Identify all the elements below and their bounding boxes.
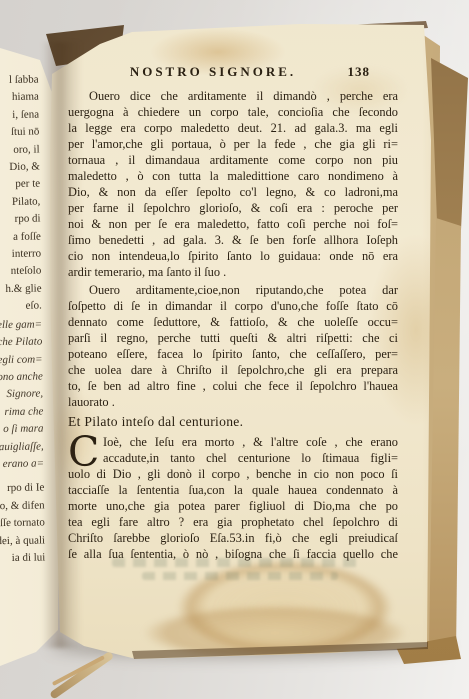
show-through-text <box>142 572 338 580</box>
verso-fragment-line: ſſe tornato <box>0 515 45 533</box>
body-line: to, ſe ben ad altro fine , colui che fec… <box>68 378 398 394</box>
verso-fragment-line: Signore, <box>0 386 43 404</box>
body-line: ſoſpetto di ſe in dimandar il corpo d'un… <box>68 298 398 314</box>
body-line: dennato come ſeduttore, & fattioſo, & ch… <box>68 314 398 330</box>
verso-fragment-line: a foſſe <box>0 228 41 246</box>
body-line: lauorato . <box>68 394 398 410</box>
verso-fragment-line: interro <box>0 246 41 264</box>
verso-fragment-line: rpo di <box>0 211 41 229</box>
verso-fragment-line: Pilato, <box>0 193 40 211</box>
body-line: maledetto , ò con tutta la maledittione … <box>68 168 398 184</box>
body-line: ſimo benedetti , ad gala. 3. & ſe ben fo… <box>68 232 398 248</box>
verso-fragment-line: auigliaſſe, <box>0 438 44 456</box>
body-line: poteano eſſere, facea lo ſpirito ſanto, … <box>68 346 398 362</box>
verso-roman-top: l ſabba hiama i, ſena ſtui nō oro, il Di… <box>0 72 42 317</box>
book-photo: l ſabba hiama i, ſena ſtui nō oro, il Di… <box>0 0 469 699</box>
verso-fragment-line: che Pilato <box>0 334 42 352</box>
paragraph-2: Ouero arditamente,cioe,non riputando,che… <box>68 282 398 410</box>
body-line: Ioè, che Ieſu era morto , & l'altre coſe… <box>68 434 398 450</box>
body-line: Chriſto ſarebbe glorioſo Eſa.53.in fi,ò … <box>68 530 398 546</box>
verso-fragment-line: h.& glie <box>0 280 42 298</box>
verso-fragment-line: rima che <box>0 403 43 421</box>
body-line: accadute,in tanto chel centurione lo ſti… <box>68 450 398 466</box>
body-line: tornaua , il dimandaua arditamente come … <box>68 152 398 168</box>
verso-fragment-line: ſtui nō <box>0 124 40 142</box>
paragraph-1: Ouero dice che arditamente il dimandò , … <box>68 88 398 280</box>
body-line: la legge era corpo maledetto deut. 21. a… <box>68 120 398 136</box>
body-copy: Ouero dice che arditamente il dimandò , … <box>68 88 398 562</box>
verso-fragment-line: Dio, & <box>0 159 40 177</box>
verso-fragment-line: per te <box>0 176 40 194</box>
running-header: NOSTRO SIGNORE. 138 <box>68 64 398 86</box>
verso-fragment-line: o, & difen <box>0 497 45 515</box>
body-line: Ouero arditamente,cioe,non riputando,che… <box>68 282 398 298</box>
page-number: 138 <box>348 64 371 80</box>
body-line: morte uno,che gia potea parer figliuol d… <box>68 498 398 514</box>
verso-fragment-line: dei, à quali <box>0 532 45 550</box>
body-line: tacciaſſe la ſententia ſua,con la quale … <box>68 482 398 498</box>
body-line: per farne il ſepolchro glorioſo, & coſi … <box>68 200 398 216</box>
body-line: uolo di Dio , gli donò il corpo , benche… <box>68 466 398 482</box>
verso-fragment-line: ono anche <box>0 368 43 386</box>
verso-fragment-line: eſo. <box>0 298 42 316</box>
body-line: tea egli fare altro ? era gia prophetato… <box>68 514 398 530</box>
verso-roman-bottom: rpo di Ie o, & difen ſſe tornato dei, à … <box>0 480 45 568</box>
text-block: NOSTRO SIGNORE. 138 Ouero dice che ardit… <box>68 64 398 86</box>
verso-fragment-line: nteſolo <box>0 263 41 281</box>
verso-fragment-line: o ſi mara <box>0 421 44 439</box>
verso-fragment-line: i, ſena <box>0 106 39 124</box>
body-line: ardir temerario, ma ſanto il ſuo . <box>68 264 398 280</box>
verso-fragment-line: rpo di Ie <box>0 480 44 498</box>
body-line: parſi il regno, perche tutti queſti & al… <box>68 330 398 346</box>
verso-fragment-line: ia di lui <box>0 549 45 567</box>
verso-fragment-line: delle gam= <box>0 316 42 334</box>
body-line: ſe alla ſua ſententia, ò nò , biſogna ch… <box>68 546 398 562</box>
gutter-shadow <box>42 42 82 648</box>
body-line: Dio, & non da eſſer ſepolto co'l legno, … <box>68 184 398 200</box>
verso-fragment-line: erano a= <box>0 455 44 473</box>
paragraph-3: C Ioè, che Ieſu era morto , & l'altre co… <box>68 434 398 562</box>
verso-fragment-line: oro, il <box>0 141 40 159</box>
verso-text-column: l ſabba hiama i, ſena ſtui nō oro, il Di… <box>0 72 45 568</box>
running-header-title: NOSTRO SIGNORE. <box>48 64 378 80</box>
verso-fragment-line: hiama <box>0 89 39 107</box>
verso-fragment-line: egli com= <box>0 351 43 369</box>
body-line: uergogna à chiedere un corpo tale, conci… <box>68 104 398 120</box>
body-line: per l'amor,che gli portaua, ò per la fed… <box>68 136 398 152</box>
body-line: noi & non per ſe era maledetto, fatto co… <box>68 216 398 232</box>
verso-fragment-line: l ſabba <box>0 72 39 90</box>
verso-italic-middle: delle gam= che Pilato egli com= ono anch… <box>0 316 44 474</box>
section-heading: Et Pilato inteſo dal centurione. <box>68 414 398 433</box>
body-line: Ouero dice che arditamente il dimandò , … <box>68 88 398 104</box>
body-line: cio non intendeua,lo ſpirito ſanto lo gu… <box>68 248 398 264</box>
body-line: che uolea dare à Chriſto il ſepolchro,ch… <box>68 362 398 378</box>
